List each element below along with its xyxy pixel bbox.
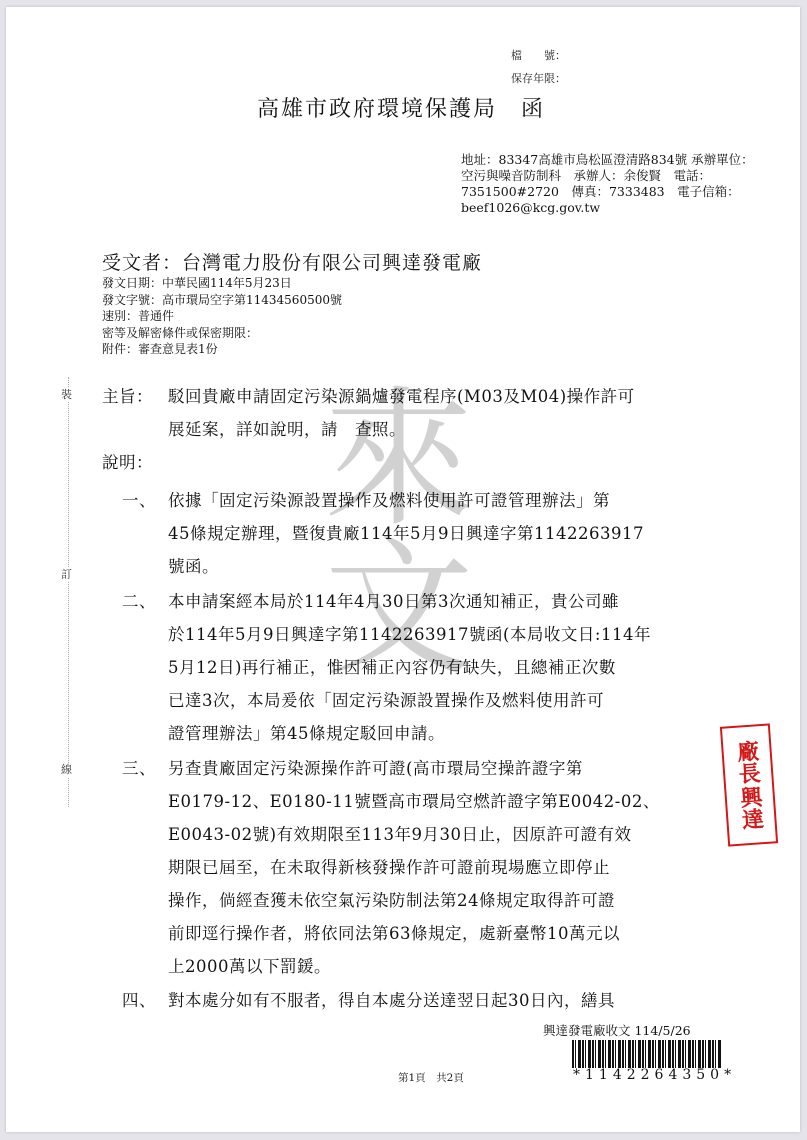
item-3-line-6: 前即逕行操作者，將依同法第63條規定，處新臺幣10萬元以 [168, 917, 620, 950]
binding-line [68, 377, 69, 807]
explanation-label: 說明： [102, 446, 153, 479]
item-1-line-1: 依據「固定污染源設置操作及燃料使用許可證管理辦法」第 [168, 484, 610, 517]
receipt-stamp-label: 興達發電廠收文 114/5/26 [543, 1021, 691, 1039]
binding-char-ding: 訂 [61, 568, 72, 582]
barcode-number: *1142264350* [573, 1067, 736, 1083]
item-3-line-5: 操作，倘經查獲未依空氣污染防制法第24條規定取得許可證 [168, 884, 615, 917]
file-number-label: 檔 號： [511, 47, 566, 63]
official-seal-stamp: 廠長 興達 [720, 723, 778, 846]
item-2-line-3: 5月12日)再行補正，惟因補正內容仍有缺失，且總補正次數 [168, 651, 616, 684]
document-number: 發文字號：高市環局空字第11434560500號 [102, 292, 342, 309]
item-3-number: 三、 [122, 752, 156, 785]
document-title: 高雄市政府環境保護局 函 [257, 92, 545, 123]
item-2-line-5: 證管理辦法」第45條規定駁回申請。 [168, 717, 445, 750]
item-4-number: 四、 [122, 984, 156, 1017]
delivery-speed: 速別：普通件 [102, 308, 342, 325]
item-3-line-1: 另查貴廠固定污染源操作許可證(高市環局空操許證字第 [168, 752, 583, 785]
item-1-number: 一、 [122, 484, 156, 517]
binding-char-xian: 線 [61, 763, 72, 777]
doc-info: 發文日期：中華民國114年5月23日 發文字號：高市環局空字第114345605… [102, 275, 342, 358]
retention-period-label: 保存年限： [511, 70, 566, 86]
item-2-number: 二、 [122, 585, 156, 618]
item-3-line-2: E0179-12、E0180-11號暨高市環局空燃許證字第E0042-02、 [168, 785, 660, 818]
item-4-line-1: 對本處分如有不服者，得自本處分送達翌日起30日內，繕具 [168, 984, 615, 1017]
barcode [572, 1040, 722, 1068]
item-1-line-2: 45條規定辦理，暨復貴廠114年5月9日興達字第1142263917 [168, 517, 644, 550]
document-page: 來 文 裝 訂 線 檔 號： 保存年限： 高雄市政府環境保護局 函 地址：833… [6, 7, 800, 1132]
item-2-line-1: 本申請案經本局於114年4月30日第3次通知補正，貴公司雖 [168, 585, 619, 618]
seal-text-2: 興達 [736, 785, 765, 831]
page-indicator: 第1頁 共2頁 [398, 1070, 464, 1085]
item-2-line-2: 於114年5月9日興達字第1142263917號函(本局收文日:114年 [168, 618, 651, 651]
item-2-line-4: 已達3次，本局爰依「固定污染源設置操作及燃料使用許可 [168, 684, 604, 717]
recipient: 受文者：台灣電力股份有限公司興達發電廠 [102, 248, 482, 275]
attachment: 附件：審查意見表1份 [102, 341, 342, 358]
security-level: 密等及解密條件或保密期限： [102, 325, 342, 342]
issue-date: 發文日期：中華民國114年5月23日 [102, 275, 342, 292]
item-3-line-4: 期限已屆至，在未取得新核發操作許可證前現場應立即停止 [168, 851, 610, 884]
subject-line-1: 駁回貴廠申請固定污染源鍋爐發電程序(M03及M04)操作許可 [168, 380, 635, 413]
contact-info: 地址：83347高雄市鳥松區澄清路834號 承辦單位：空污與噪音防制科 承辦人：… [461, 152, 761, 216]
binding-char-zhuang: 裝 [61, 388, 72, 402]
item-1-line-3: 號函。 [168, 550, 219, 583]
seal-text-1: 廠長 [733, 739, 762, 785]
subject-label: 主旨： [102, 380, 153, 413]
item-3-line-7: 上2000萬以下罰鍰。 [168, 950, 331, 983]
item-3-line-3: E0043-02號)有效期限至113年9月30日止，因原許可證有效 [168, 818, 632, 851]
subject-line-2: 展延案，詳如說明，請 查照。 [168, 413, 406, 446]
